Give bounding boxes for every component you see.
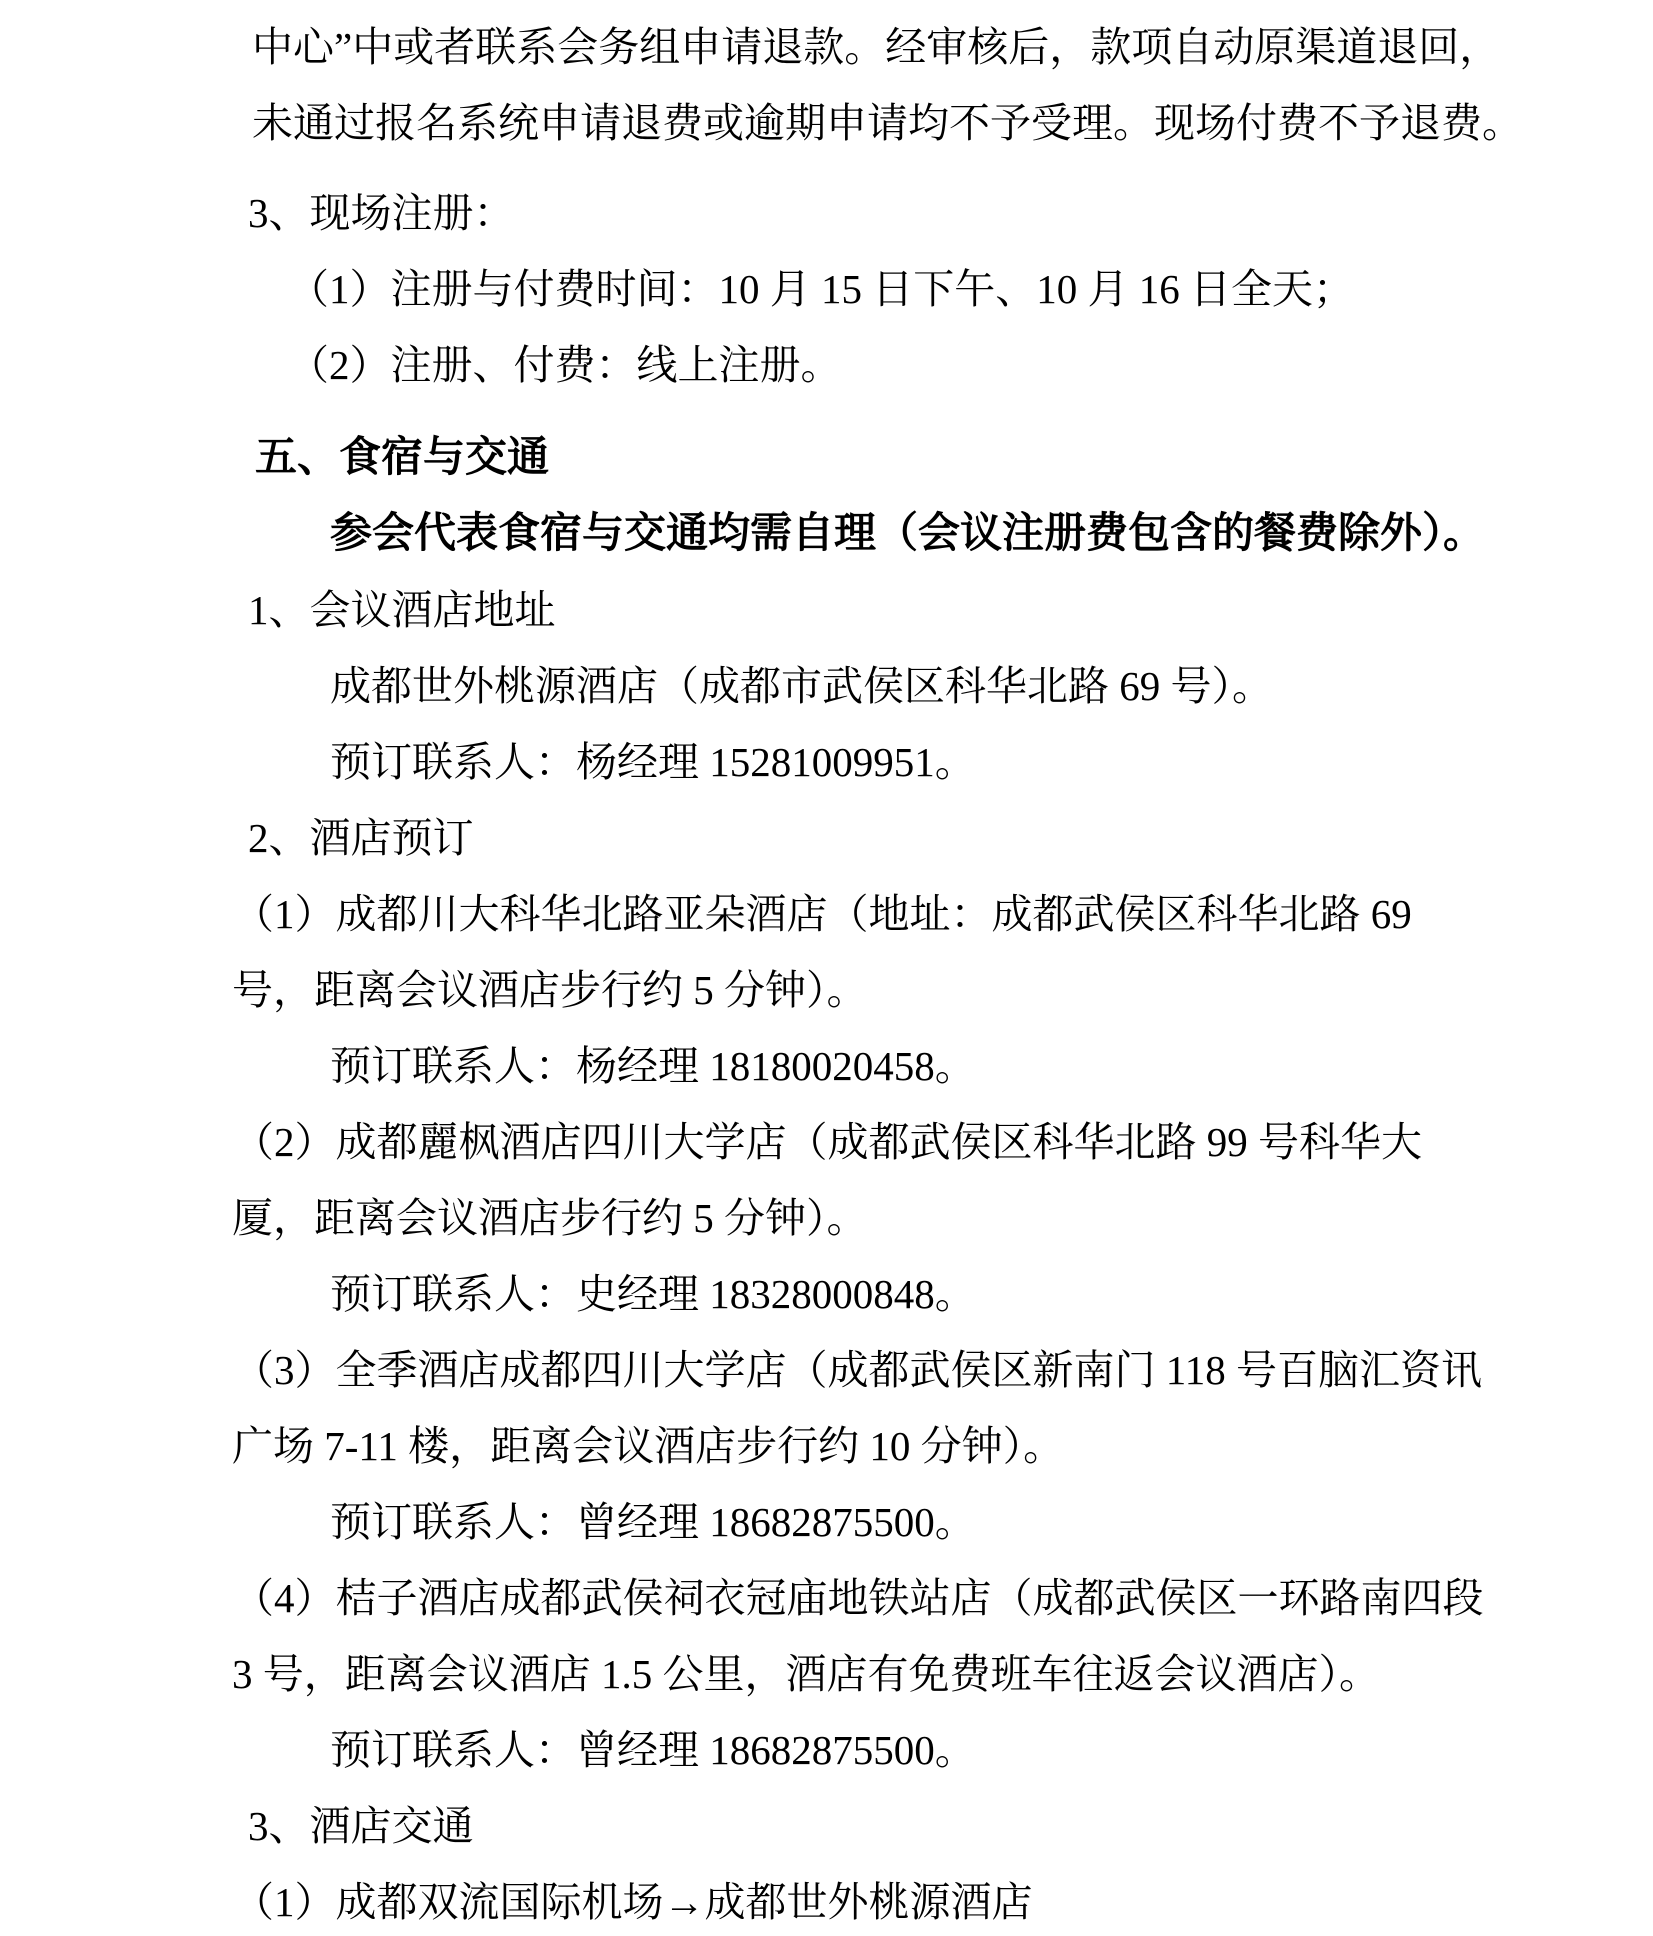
- document-page: 中心”中或者联系会务组申请退款。经审核后，款项自动原渠道退回， 未通过报名系统申…: [0, 0, 1653, 1936]
- section-heading-lodging-transport: 五、食宿与交通: [255, 420, 1653, 496]
- line-registration-payment-method: （2）注册、付费：线上注册。: [288, 327, 1653, 403]
- line-conference-hotel-address-item: 1、会议酒店地址: [248, 572, 1653, 648]
- line-hotel3-ji-distance: 广场 7-11 楼，距离会议酒店步行约 10 分钟）。: [232, 1408, 1653, 1484]
- line-refund-policy-continuation: 未通过报名系统申请退费或逾期申请均不予受理。现场付费不予退费。: [252, 85, 1653, 161]
- line-hotel2-lavande-name: （2）成都麗枫酒店四川大学店（成都武侯区科华北路 99 号科华大: [233, 1104, 1653, 1180]
- line-hotel3-ji-name: （3）全季酒店成都四川大学店（成都武侯区新南门 118 号百脑汇资讯: [233, 1332, 1653, 1408]
- line-onsite-registration-item: 3、现场注册：: [248, 175, 1653, 251]
- line-hotel4-orange-name: （4）桔子酒店成都武侯祠衣冠庙地铁站店（成都武侯区一环路南四段: [233, 1560, 1653, 1636]
- line-booking-contact-shi: 预订联系人：史经理 18328000848。: [330, 1256, 1653, 1332]
- line-booking-contact-zeng-1: 预订联系人：曾经理 18682875500。: [330, 1484, 1653, 1560]
- line-hotel4-orange-distance: 3 号，距离会议酒店 1.5 公里，酒店有免费班车往返会议酒店）。: [232, 1636, 1653, 1712]
- line-registration-payment-time: （1）注册与付费时间：10 月 15 日下午、10 月 16 日全天；: [288, 251, 1653, 327]
- line-hotel-transport-item: 3、酒店交通: [248, 1788, 1653, 1864]
- line-booking-contact-yang-1: 预订联系人：杨经理 15281009951。: [330, 724, 1653, 800]
- line-self-pay-notice: 参会代表食宿与交通均需自理（会议注册费包含的餐费除外）。: [330, 496, 1653, 572]
- line-hotel2-lavande-distance: 厦，距离会议酒店步行约 5 分钟）。: [232, 1180, 1653, 1256]
- line-hotel-booking-item: 2、酒店预订: [248, 800, 1653, 876]
- line-refund-channel-continuation: 中心”中或者联系会务组申请退款。经审核后，款项自动原渠道退回，: [252, 9, 1653, 85]
- line-airport-to-hotel-route: （1）成都双流国际机场→成都世外桃源酒店: [233, 1864, 1653, 1936]
- line-booking-contact-yang-2: 预订联系人：杨经理 18180020458。: [330, 1028, 1653, 1104]
- line-booking-contact-zeng-2: 预订联系人：曾经理 18682875500。: [330, 1712, 1653, 1788]
- line-conference-hotel-address: 成都世外桃源酒店（成都市武侯区科华北路 69 号）。: [330, 648, 1653, 724]
- line-hotel1-atour-name: （1）成都川大科华北路亚朵酒店（地址：成都武侯区科华北路 69: [233, 876, 1653, 952]
- line-hotel1-atour-distance: 号，距离会议酒店步行约 5 分钟）。: [232, 952, 1653, 1028]
